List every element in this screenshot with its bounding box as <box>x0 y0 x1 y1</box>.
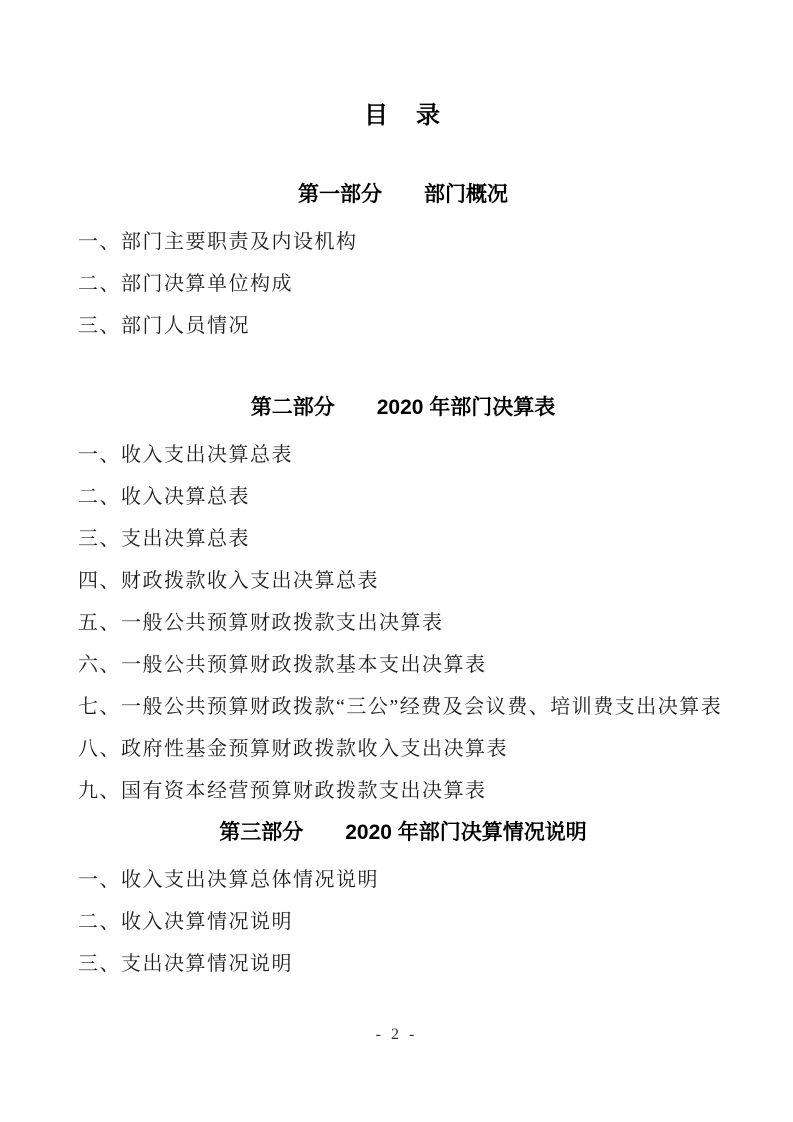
toc-item: 二、部门决算单位构成 <box>78 263 728 305</box>
toc-item: 一、部门主要职责及内设机构 <box>78 221 728 263</box>
toc-item: 五、一般公共预算财政拨款支出决算表 <box>78 602 728 644</box>
page-title: 目 录 <box>78 94 728 138</box>
toc-section-notes: 第三部分 2020 年部门决算情况说明 一、收入支出决算总体情况说明 二、收入决… <box>78 812 728 985</box>
toc-item: 二、收入决算总表 <box>78 476 728 518</box>
toc-item: 四、财政拨款收入支出决算总表 <box>78 560 728 602</box>
toc-list-part3: 一、收入支出决算总体情况说明 二、收入决算情况说明 三、支出决算情况说明 <box>78 859 728 985</box>
section-heading-part1: 第一部分 部门概况 <box>78 174 728 216</box>
toc-section-tables: 第二部分 2020 年部门决算表 一、收入支出决算总表 二、收入决算总表 三、支… <box>78 387 728 812</box>
toc-item: 九、国有资本经营预算财政拨款支出决算表 <box>78 770 728 812</box>
section-heading-part2: 第二部分 2020 年部门决算表 <box>78 387 728 429</box>
toc-item: 一、收入支出决算总表 <box>78 434 728 476</box>
toc-item: 三、支出决算情况说明 <box>78 943 728 985</box>
toc-section-overview: 第一部分 部门概况 一、部门主要职责及内设机构 二、部门决算单位构成 三、部门人… <box>78 174 728 347</box>
toc-list-part1: 一、部门主要职责及内设机构 二、部门决算单位构成 三、部门人员情况 <box>78 221 728 347</box>
toc-list-part2: 一、收入支出决算总表 二、收入决算总表 三、支出决算总表 四、财政拨款收入支出决… <box>78 434 728 812</box>
page-number: - 2 - <box>0 1026 793 1044</box>
toc-item: 七、一般公共预算财政拨款“三公”经费及会议费、培训费支出决算表 <box>78 686 728 728</box>
toc-item: 一、收入支出决算总体情况说明 <box>78 859 728 901</box>
toc-item: 六、一般公共预算财政拨款基本支出决算表 <box>78 644 728 686</box>
toc-item: 三、部门人员情况 <box>78 305 728 347</box>
toc-item: 八、政府性基金预算财政拨款收入支出决算表 <box>78 728 728 770</box>
toc-item: 二、收入决算情况说明 <box>78 901 728 943</box>
document-page: 目 录 第一部分 部门概况 一、部门主要职责及内设机构 二、部门决算单位构成 三… <box>0 0 793 1122</box>
section-heading-part3: 第三部分 2020 年部门决算情况说明 <box>78 812 728 854</box>
toc-item: 三、支出决算总表 <box>78 518 728 560</box>
